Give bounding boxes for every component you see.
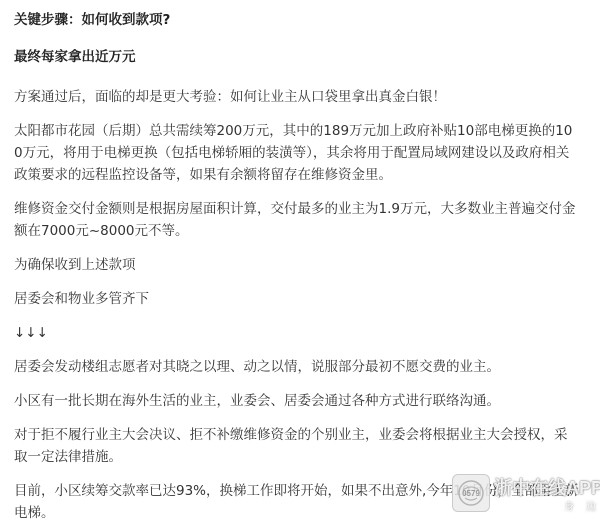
paragraph: 居委会和物业多管齐下 [14,288,580,310]
paragraph: 太阳都市花园（后期）总共需续筹200万元，其中的189万元加上政府补贴10部电梯… [14,120,580,186]
watermark: 0579 浙中在线APP 身边 [452,472,600,522]
paragraph: 居委会发动楼组志愿者对其晓之以理、动之以情，说服部分最初不愿交费的业主。 [14,356,580,378]
paragraph: 维修资金交付金额则是根据房屋面积计算，交付最多的业主为1.9万元，大多数业主普遍… [14,198,580,242]
paragraph: 方案通过后，面临的却是更大考验：如何让业主从口袋里拿出真金白银！ [14,86,580,108]
section-subheading: 最终每家拿出近万元 [14,46,580,68]
paragraph: 小区有一批长期在海外生活的业主，业委会、居委会通过各种方式进行联络沟通。 [14,390,580,412]
watermark-tagline: 身边 [564,498,600,513]
paragraph: 为确保收到上述款项 [14,254,580,276]
section-heading: 关键步骤：如何收到款项? [14,9,580,31]
svg-text:0579: 0579 [462,489,480,498]
paragraph: 对于拒不履行业主大会决议、拒不补缴维修资金的个别业主，业委会将根据业主大会授权，… [14,424,580,468]
arrow-divider: ↓↓↓ [14,322,580,344]
app-logo-icon: 0579 [452,474,490,512]
watermark-brand: 浙中在线APP [494,474,600,500]
